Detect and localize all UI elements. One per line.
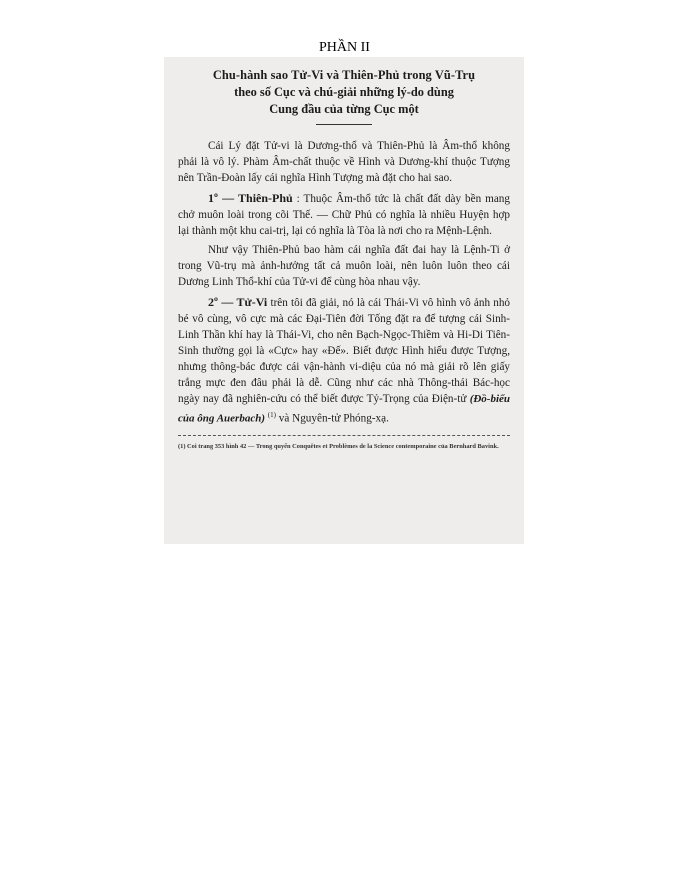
tu-vi-lead: 2º — Tử-Vi	[208, 295, 267, 309]
paragraph-tu-vi: 2º — Tử-Vi trên tôi đã giải, nó là cái T…	[178, 295, 510, 427]
heading-line-3: Cung đầu của từng Cục một	[178, 101, 510, 118]
scanned-page-image: Chu-hành sao Tử-Vi và Thiên-Phủ trong Vũ…	[164, 57, 524, 544]
paragraph-1: Cái Lý đặt Tử-vi là Dương-thổ và Thiên-P…	[178, 139, 510, 187]
tu-vi-text: trên tôi đã giải, nó là cái Thái-Vi vô h…	[178, 297, 510, 404]
thien-phu-lead: 1º — Thiên-Phủ	[208, 191, 293, 205]
tu-vi-text-end: và Nguyên-tử Phóng-xạ.	[279, 412, 389, 424]
paragraph-3: Như vậy Thiên-Phủ bao hàm cái nghĩa đất …	[178, 243, 510, 291]
paragraph-thien-phu: 1º — Thiên-Phủ : Thuộc Âm-thổ tức là chấ…	[178, 191, 510, 240]
part-title: PHẦN II	[0, 40, 689, 56]
heading-divider	[316, 124, 372, 125]
heading-line-2: theo số Cục và chú-giải những lý-do dùng	[178, 84, 510, 101]
heading-line-1: Chu-hành sao Tử-Vi và Thiên-Phủ trong Vũ…	[178, 67, 510, 84]
chapter-heading: Chu-hành sao Tử-Vi và Thiên-Phủ trong Vũ…	[178, 67, 510, 118]
footnote-divider	[178, 435, 510, 437]
footnote-marker: (1)	[268, 411, 276, 419]
footnote: (1) Coi trang 353 hình 42 — Trong quyển …	[178, 442, 510, 451]
